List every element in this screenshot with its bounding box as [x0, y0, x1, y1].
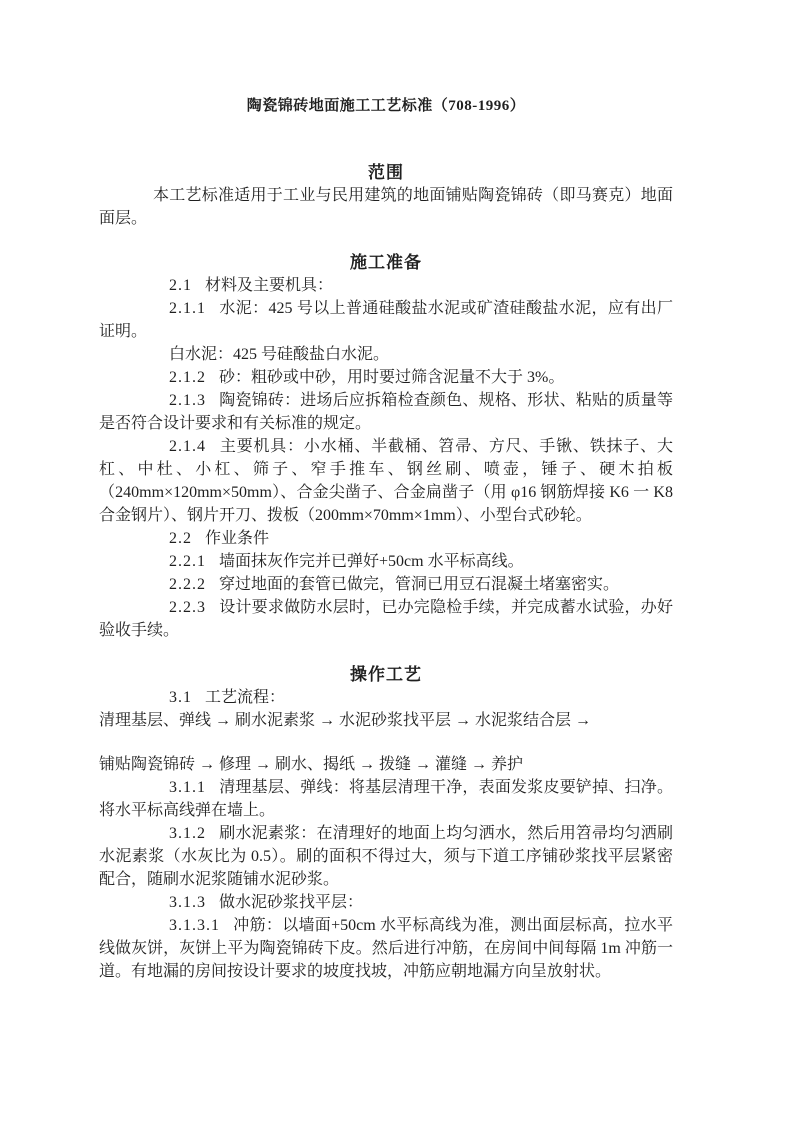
paragraph: 3.1.3做水泥砂浆找平层： — [99, 891, 673, 914]
paragraph: 3.1.2刷水泥素浆：在清理好的地面上均匀洒水，然后用笤帚均匀洒刷水泥素浆（水灰… — [99, 822, 673, 891]
section-preparation: 施工准备 2.1材料及主要机具： 2.1.1水泥：425 号以上普通硅酸盐水泥或… — [99, 251, 673, 642]
process-flow-line: 铺贴陶瓷锦砖 → 修理 → 刷水、揭纸 → 拨缝 → 灌缝 → 养护 — [99, 753, 673, 776]
paragraph-text: 砂：粗砂或中砂，用时要过筛含泥量不大于 3%。 — [219, 369, 564, 386]
clause-number: 3.1.3 — [169, 894, 206, 911]
clause-number: 2.2.2 — [169, 576, 206, 593]
paragraph: 2.2.3设计要求做防水层时，已办完隐检手续，并完成蓄水试验，办好验收手续。 — [99, 596, 673, 642]
clause-number: 2.1 — [169, 277, 192, 294]
paragraph: 3.1工艺流程： — [99, 686, 673, 709]
clause-number: 3.1.3.1 — [169, 917, 220, 934]
paragraph: 本工艺标准适用于工业与民用建筑的地面铺贴陶瓷锦砖（即马赛克）地面面层。 — [99, 184, 673, 230]
clause-number: 2.1.4 — [169, 438, 206, 455]
clause-number: 2.2.3 — [169, 599, 206, 616]
paragraph: 2.2.2穿过地面的套管已做完，管洞已用豆石混凝土堵塞密实。 — [99, 573, 673, 596]
paragraph-text: 墙面抹灰作完并已弹好+50cm 水平标高线。 — [219, 553, 524, 570]
document-title: 陶瓷锦砖地面施工工艺标准（708-1996） — [99, 96, 673, 117]
section-heading-operation: 操作工艺 — [99, 663, 673, 686]
paragraph-text: 作业条件 — [205, 530, 269, 547]
section-heading-preparation: 施工准备 — [99, 251, 673, 274]
paragraph-text: 本工艺标准适用于工业与民用建筑的地面铺贴陶瓷锦砖（即马赛克）地面面层。 — [99, 187, 673, 227]
section-heading-scope: 范围 — [99, 161, 673, 184]
paragraph: 3.1.1清理基层、弹线：将基层清理干净，表面发浆皮要铲掉、扫净。将水平标高线弹… — [99, 776, 673, 822]
clause-number: 3.1 — [169, 689, 192, 706]
paragraph-text: 清理基层、弹线 → 刷水泥素浆 → 水泥砂浆找平层 → 水泥浆结合层 → — [99, 712, 591, 729]
paragraph-text: 白水泥：425 号硅酸盐白水泥。 — [169, 346, 389, 363]
clause-number: 2.1.2 — [169, 369, 206, 386]
section-operation: 操作工艺 3.1工艺流程： 清理基层、弹线 → 刷水泥素浆 → 水泥砂浆找平层 … — [99, 663, 673, 983]
paragraph-text: 做水泥砂浆找平层： — [219, 894, 363, 911]
paragraph: 3.1.3.1冲筋：以墙面+50cm 水平标高线为准，测出面层标高，拉水平线做灰… — [99, 914, 673, 983]
paragraph: 2.1.3陶瓷锦砖：进场后应拆箱检查颜色、规格、形状、粘贴的质量等是否符合设计要… — [99, 389, 673, 435]
clause-number: 2.1.1 — [169, 300, 206, 317]
process-flow-line: 清理基层、弹线 → 刷水泥素浆 → 水泥砂浆找平层 → 水泥浆结合层 → — [99, 709, 673, 732]
paragraph: 白水泥：425 号硅酸盐白水泥。 — [99, 343, 673, 366]
paragraph-text: 材料及主要机具： — [205, 277, 333, 294]
paragraph-text: 工艺流程： — [205, 689, 285, 706]
paragraph: 2.1.2砂：粗砂或中砂，用时要过筛含泥量不大于 3%。 — [99, 366, 673, 389]
paragraph: 2.1材料及主要机具： — [99, 274, 673, 297]
clause-number: 2.2.1 — [169, 553, 206, 570]
section-scope: 范围 本工艺标准适用于工业与民用建筑的地面铺贴陶瓷锦砖（即马赛克）地面面层。 — [99, 161, 673, 230]
paragraph: 2.1.1水泥：425 号以上普通硅酸盐水泥或矿渣硅酸盐水泥，应有出厂证明。 — [99, 297, 673, 343]
paragraph-text: 穿过地面的套管已做完，管洞已用豆石混凝土堵塞密实。 — [219, 576, 619, 593]
clause-number: 3.1.1 — [169, 779, 206, 796]
clause-number: 3.1.2 — [169, 825, 206, 842]
paragraph: 2.2作业条件 — [99, 527, 673, 550]
paragraph: 2.2.1墙面抹灰作完并已弹好+50cm 水平标高线。 — [99, 550, 673, 573]
paragraph-text: 铺贴陶瓷锦砖 → 修理 → 刷水、揭纸 → 拨缝 → 灌缝 → 养护 — [99, 756, 523, 773]
clause-number: 2.1.3 — [169, 392, 206, 409]
document-page: 陶瓷锦砖地面施工工艺标准（708-1996） 范围 本工艺标准适用于工业与民用建… — [0, 0, 794, 1123]
paragraph: 2.1.4主要机具：小水桶、半截桶、笤帚、方尺、手锹、铁抹子、大杠、中杜、小杠、… — [99, 435, 673, 527]
clause-number: 2.2 — [169, 530, 192, 547]
